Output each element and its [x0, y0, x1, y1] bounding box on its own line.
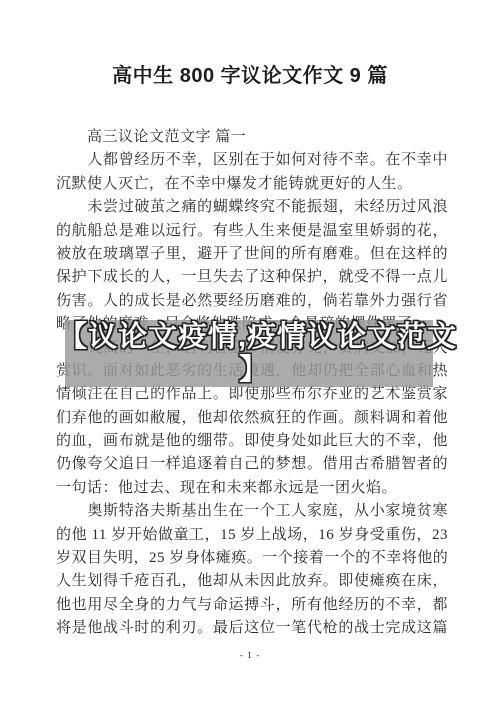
essay-line: 一句话：他过去、现在和未来都永远是一团火焰。: [56, 477, 448, 500]
essay-line: 的航船总是难以远行。有些人生来便是温室里娇弱的花，: [56, 220, 448, 243]
watermark-line-1: 【议论文疫情,疫情议论文范文: [58, 321, 450, 354]
essay-line: 们弃他的画如敝履，他却依然疯狂的作画。颜料调和着他: [56, 407, 448, 430]
watermark-line-2: 】: [58, 354, 450, 387]
essay-line: 岁双目失明，25 岁身体瘫痪。一个接着一个的不幸将他的: [56, 547, 448, 570]
page-number: - 1 -: [0, 651, 500, 661]
document-page: 高中生 800 字议论文作文 9 篇 高三议论文范文字 篇一 人都曾经历不幸，区…: [0, 0, 500, 706]
essay-line: 高三议论文范文字 篇一: [56, 126, 448, 149]
essay-line: 他也用尽全身的力气与命运搏斗，所有他经历的不幸，都: [56, 594, 448, 617]
essay-line: 沉默使人灭亡，在不幸中爆发才能铸就更好的人生。: [56, 173, 448, 196]
essay-line: 将是他战斗时的利刃。最后这位一笔代枪的战士完成这篇: [56, 617, 448, 640]
essay-line: 人都曾经历不幸，区别在于如何对待不幸。在不幸中: [56, 149, 448, 172]
essay-line: 奥斯特洛夫斯基出生在一个工人家庭，从小家境贫寒: [56, 500, 448, 523]
essay-line: 伤害。人的成长是必然要经历磨难的，倘若靠外力强行省: [56, 290, 448, 313]
essay-line: 未尝过破茧之痛的蝴蝶终究不能振翅，未经历过风浪: [56, 196, 448, 219]
essay-line: 保护下成长的人，一旦失去了这种保护，就受不得一点儿: [56, 266, 448, 289]
essay-line: 被放在玻璃罩子里，避开了世间的所有磨难。但在这样的: [56, 243, 448, 266]
essay-line: 仍像夸父追日一样追逐着自己的梦想。借用古希腊智者的: [56, 453, 448, 476]
essay-line: 的他 11 岁开始做童工，15 岁上战场，16 岁身受重伤，23: [56, 524, 448, 547]
essay-line: 的血，画布就是他的绷带。即使身处如此巨大的不幸，他: [56, 430, 448, 453]
watermark-title: 【议论文疫情,疫情议论文范文 】: [58, 321, 450, 387]
essay-line: 人生划得千疮百孔，他却从未因此放弃。即使瘫痪在床，: [56, 570, 448, 593]
page-title: 高中生 800 字议论文作文 9 篇: [0, 61, 500, 91]
